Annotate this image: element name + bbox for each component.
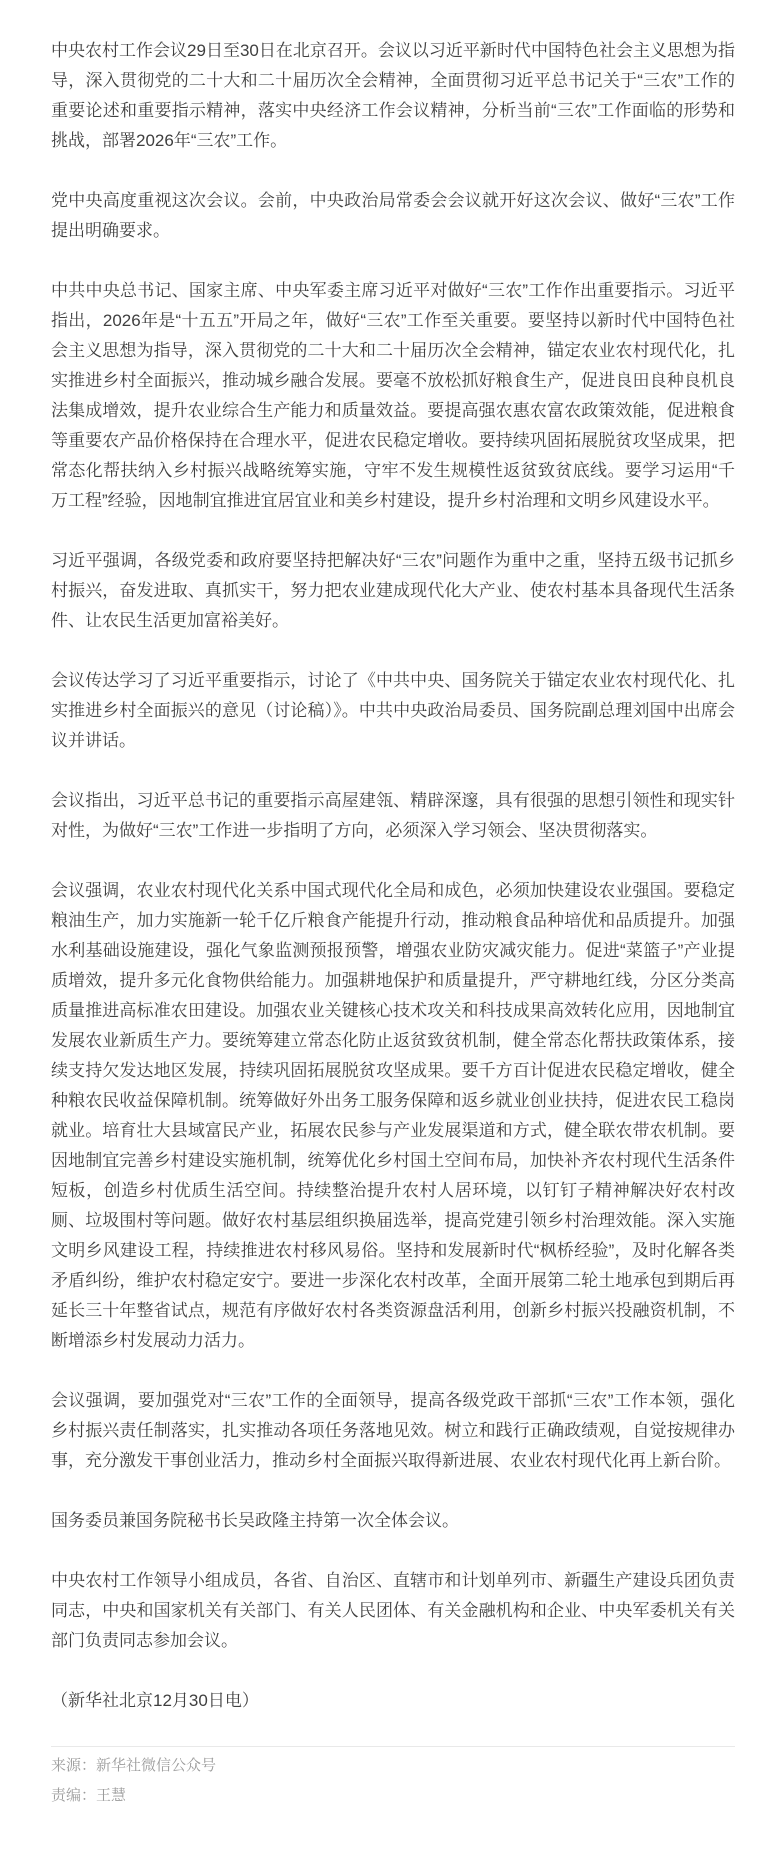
article-paragraph: 中共中央总书记、国家主席、中央军委主席习近平对做好“三农”工作作出重要指示。习近… [51, 276, 735, 516]
editor-label: 责编： [51, 1787, 96, 1804]
article-footer: 来源：新华社微信公众号 责编：王慧 [0, 1746, 781, 1811]
article-paragraph: 习近平强调，各级党委和政府要坚持把解决好“三农”问题作为重中之重，坚持五级书记抓… [51, 546, 735, 636]
article-paragraph: 会议强调，要加强党对“三农”工作的全面领导，提高各级党政干部抓“三农”工作本领，… [51, 1386, 735, 1476]
article-paragraph: 中央农村工作领导小组成员，各省、自治区、直辖市和计划单列市、新疆生产建设兵团负责… [51, 1566, 735, 1656]
article-body: 中央农村工作会议29日至30日在北京召开。会议以习近平新时代中国特色社会主义思想… [0, 0, 781, 1716]
article-paragraph: 会议强调，农业农村现代化关系中国式现代化全局和成色，必须加快建设农业强国。要稳定… [51, 876, 735, 1356]
article-dateline: （新华社北京12月30日电） [51, 1686, 735, 1716]
editor-value: 王慧 [96, 1787, 126, 1804]
article-page: 中央农村工作会议29日至30日在北京召开。会议以习近平新时代中国特色社会主义思想… [0, 0, 781, 1867]
source-value: 新华社微信公众号 [96, 1757, 216, 1774]
source-line: 来源：新华社微信公众号 [51, 1751, 735, 1781]
article-paragraph: 会议指出，习近平总书记的重要指示高屋建瓴、精辟深邃，具有很强的思想引领性和现实针… [51, 786, 735, 846]
divider [51, 1746, 735, 1747]
article-paragraph: 党中央高度重视这次会议。会前，中央政治局常委会会议就开好这次会议、做好“三农”工… [51, 186, 735, 246]
article-paragraph: 会议传达学习了习近平重要指示，讨论了《中共中央、国务院关于锚定农业农村现代化、扎… [51, 666, 735, 756]
article-paragraph: 国务委员兼国务院秘书长吴政隆主持第一次全体会议。 [51, 1506, 735, 1536]
article-paragraph: 中央农村工作会议29日至30日在北京召开。会议以习近平新时代中国特色社会主义思想… [51, 36, 735, 156]
editor-line: 责编：王慧 [51, 1781, 735, 1811]
source-label: 来源： [51, 1757, 96, 1774]
